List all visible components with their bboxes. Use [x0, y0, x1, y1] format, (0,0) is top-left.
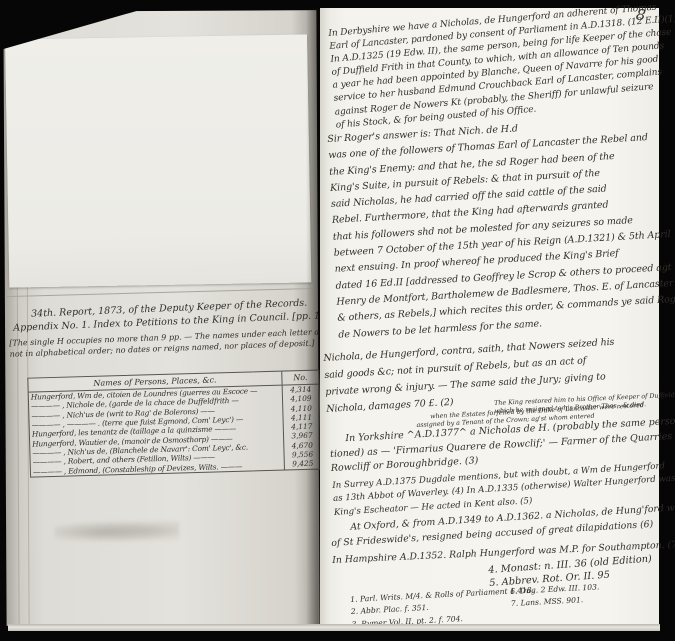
rogers-answer-paragraph: Sir Roger's answer is: That Nich. de H.d…: [327, 113, 672, 343]
right-page: 8 In Derbyshire we have a Nicholas, de H…: [320, 8, 659, 625]
index-table: Names of Persons, Places, &c. No. Hunger…: [27, 370, 322, 478]
left-page: 34th. Report, 1873, of the Deputy Keeper…: [3, 10, 319, 626]
pasted-blank-slip: [5, 34, 311, 287]
index-table-body: Hungerford, Wm de, citoien de Loundres (…: [29, 385, 321, 477]
page-bottom-edge: [8, 624, 660, 631]
slip-bottom-edge: [5, 288, 315, 297]
derbyshire-paragraph: In Derbyshire we have a Nicholas, de Hun…: [328, 2, 663, 133]
pencil-smudge: [54, 521, 179, 544]
manuscript-photo: 34th. Report, 1873, of the Deputy Keeper…: [0, 0, 675, 641]
footnotes-6-7: 6. Dug. 2 Edw. III. 103.7. Lans. MSS. 90…: [510, 581, 600, 610]
